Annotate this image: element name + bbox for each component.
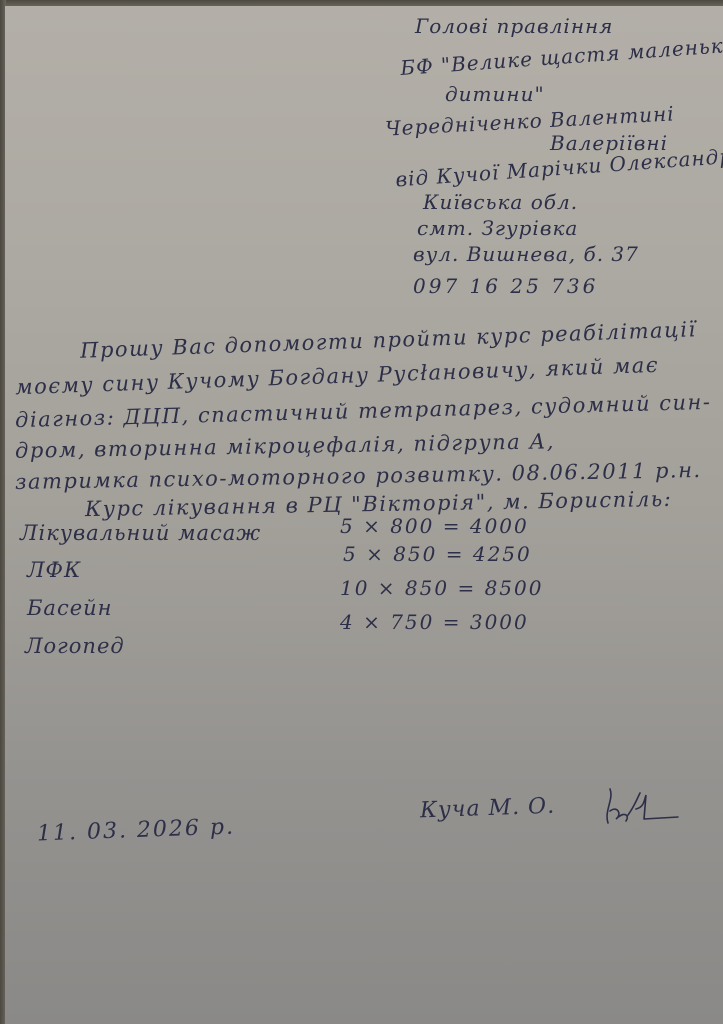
body-line-3: діагноз: ДЦП, спастичний тетрапарез, суд…	[15, 390, 712, 432]
signature-mark	[600, 781, 680, 831]
sender-region: Київська обл.	[423, 190, 578, 214]
letter-date: 11. 03. 2026 р.	[37, 815, 236, 847]
sender-phone: 097 16 25 736	[413, 274, 598, 298]
addressee-line-3: дитини"	[445, 82, 545, 106]
body-line-4: дром, вторинна мікроцефалія, підгрупа А,	[15, 429, 555, 462]
treatment-calc: 10 × 850 = 8500	[340, 576, 543, 600]
letter-paper: Голові правління БФ "Велике щастя малень…	[5, 6, 723, 1024]
treatment-calc: 5 × 850 = 4250	[343, 542, 532, 566]
treatment-name: ЛФК	[27, 558, 81, 582]
treatment-name: Лікувальний масаж	[20, 521, 261, 545]
addressee-line-2: БФ "Велике щастя маленької	[400, 32, 723, 80]
treatment-calc: 5 × 800 = 4000	[340, 514, 529, 538]
treatment-name: Басейн	[27, 596, 113, 620]
treatment-calc: 4 × 750 = 3000	[340, 610, 529, 634]
signer-name: Куча М. О.	[420, 794, 556, 824]
treatment-name: Логопед	[25, 634, 125, 658]
addressee-line-1: Голові правління	[415, 14, 613, 38]
sender-street: вул. Вишнева, б. 37	[413, 242, 639, 266]
sender-village: смт. Згурівка	[417, 216, 578, 240]
